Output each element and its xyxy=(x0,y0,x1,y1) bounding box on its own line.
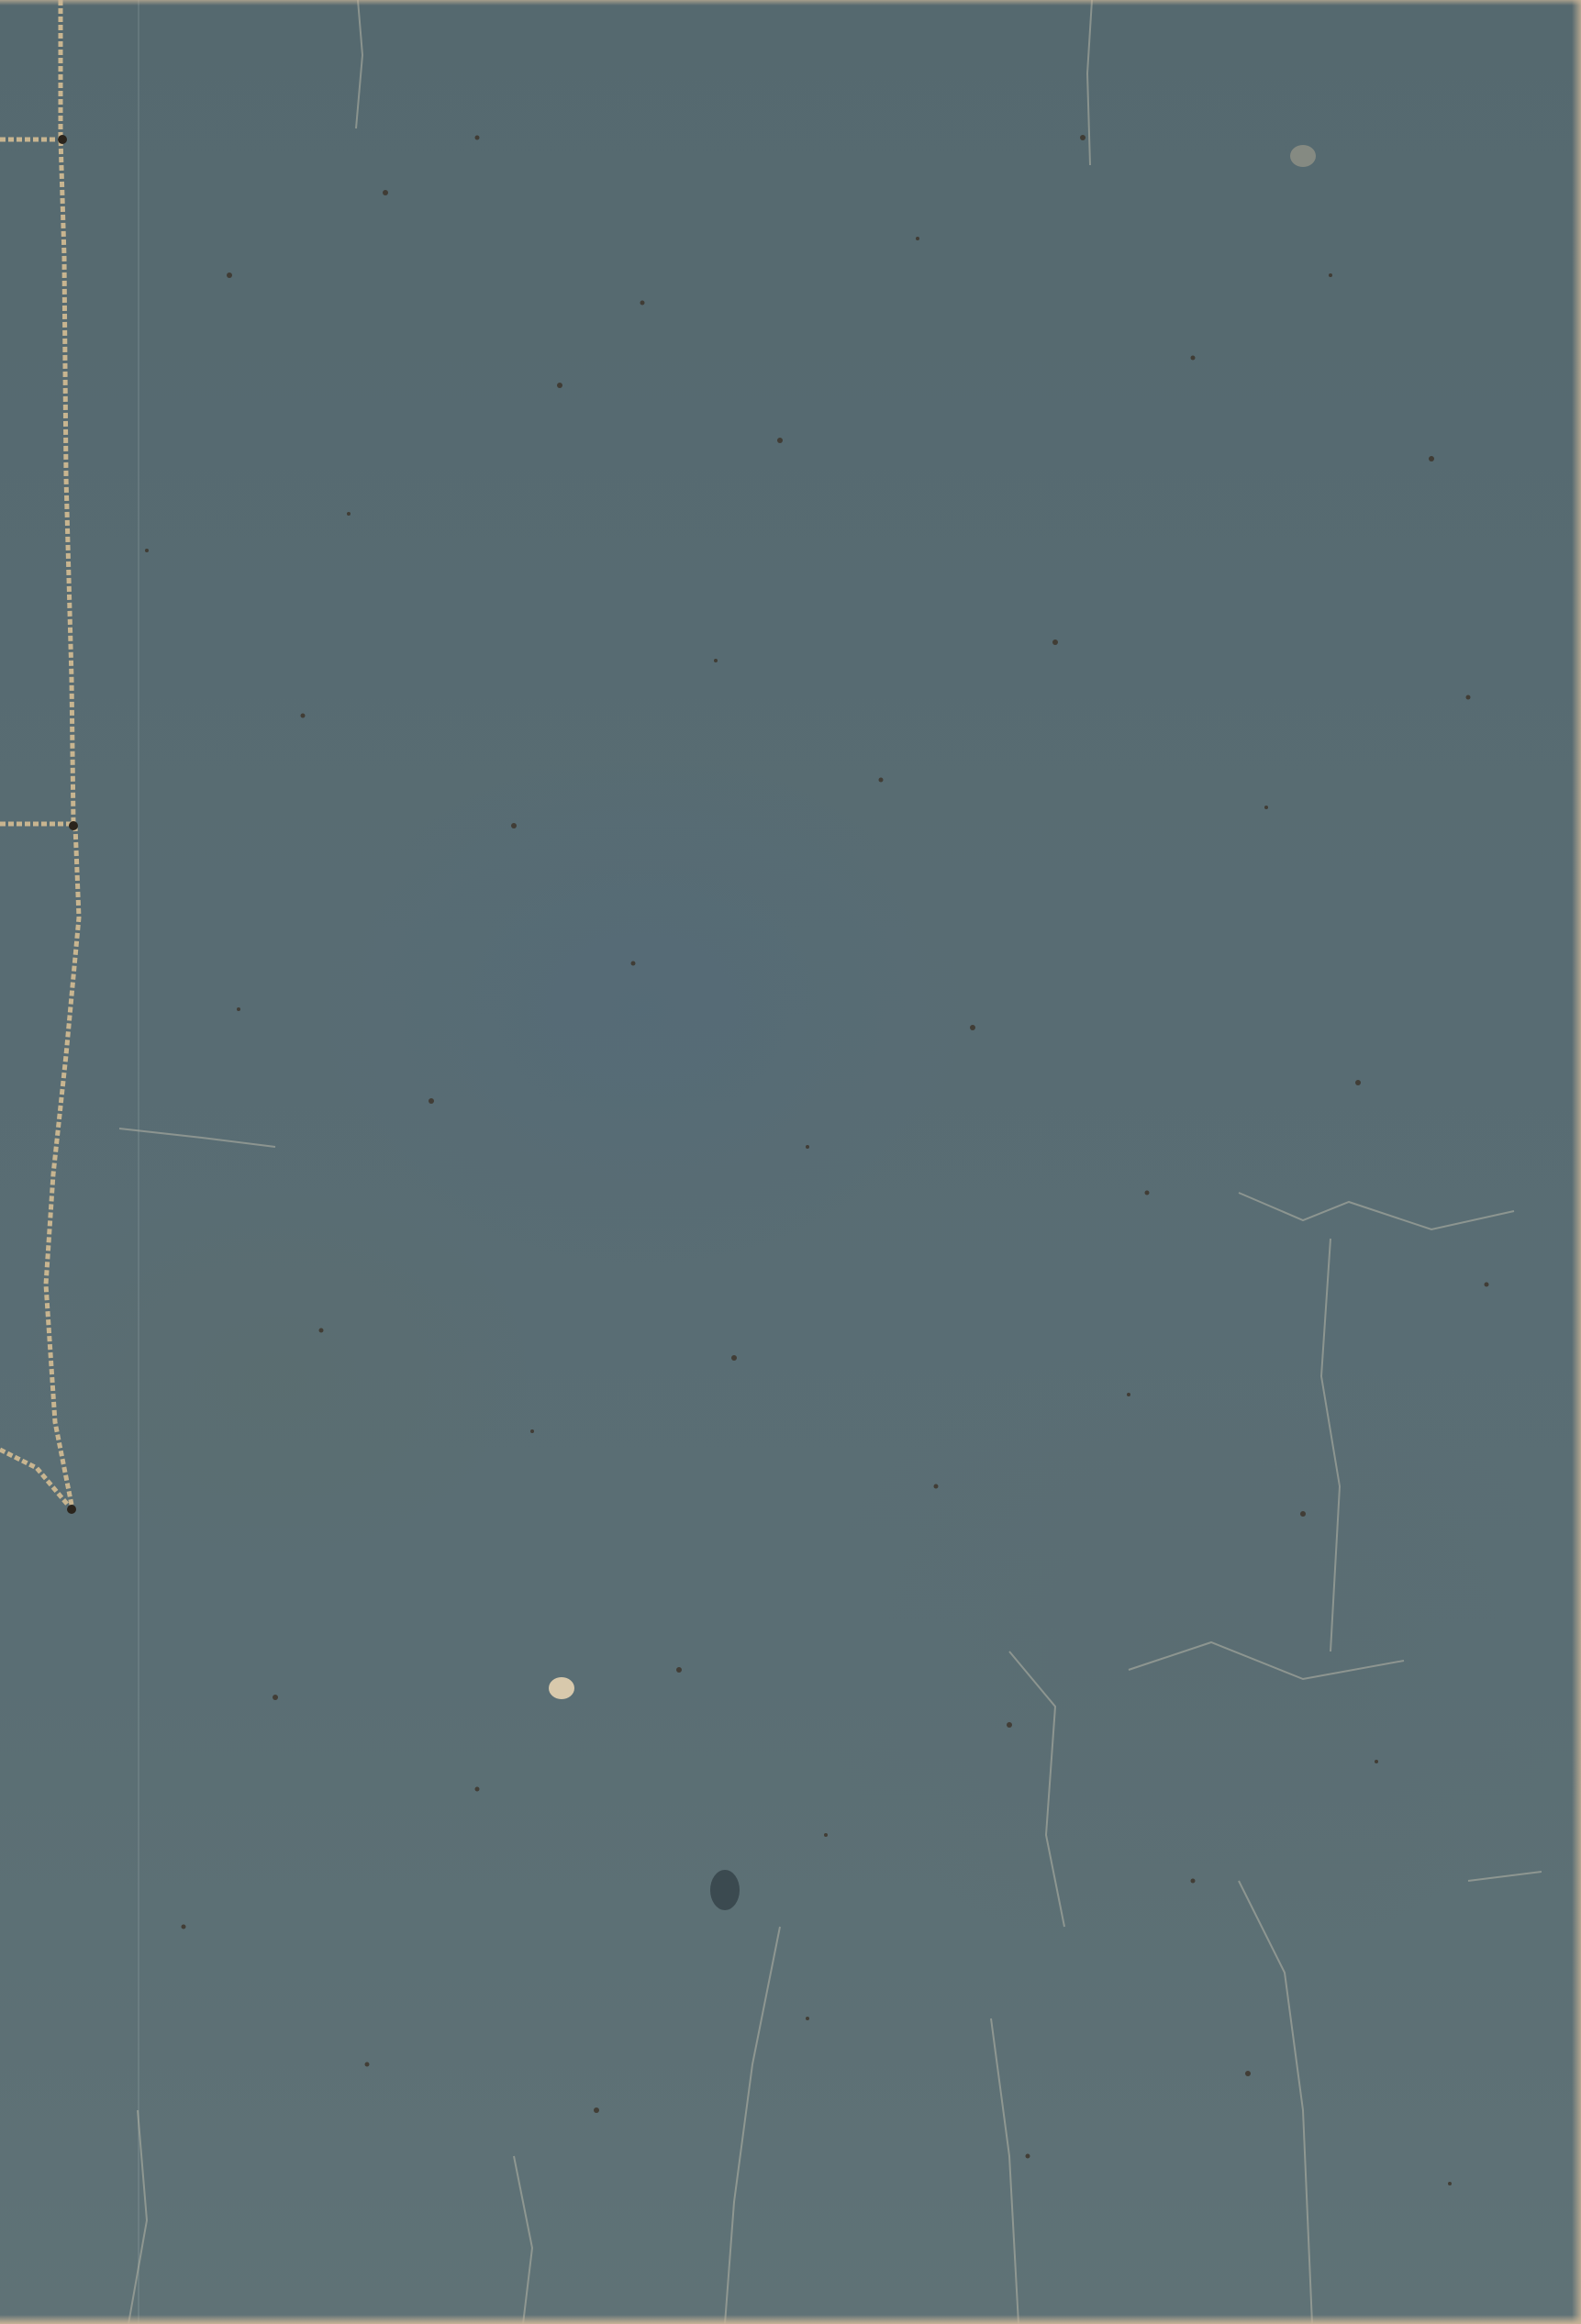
ink-stain xyxy=(710,1870,740,1910)
binding-cord xyxy=(0,0,79,1509)
cracks xyxy=(119,0,1542,2324)
paper-edge-bottom xyxy=(0,2315,1581,2324)
book-cover xyxy=(0,0,1581,2324)
paper-edge-top xyxy=(0,0,1581,6)
speckles xyxy=(145,135,1489,2185)
paper-edge-right xyxy=(1572,0,1581,2324)
worn-spot xyxy=(1290,145,1316,167)
worn-spot xyxy=(549,1677,574,1699)
cover-texture xyxy=(0,0,1581,2324)
